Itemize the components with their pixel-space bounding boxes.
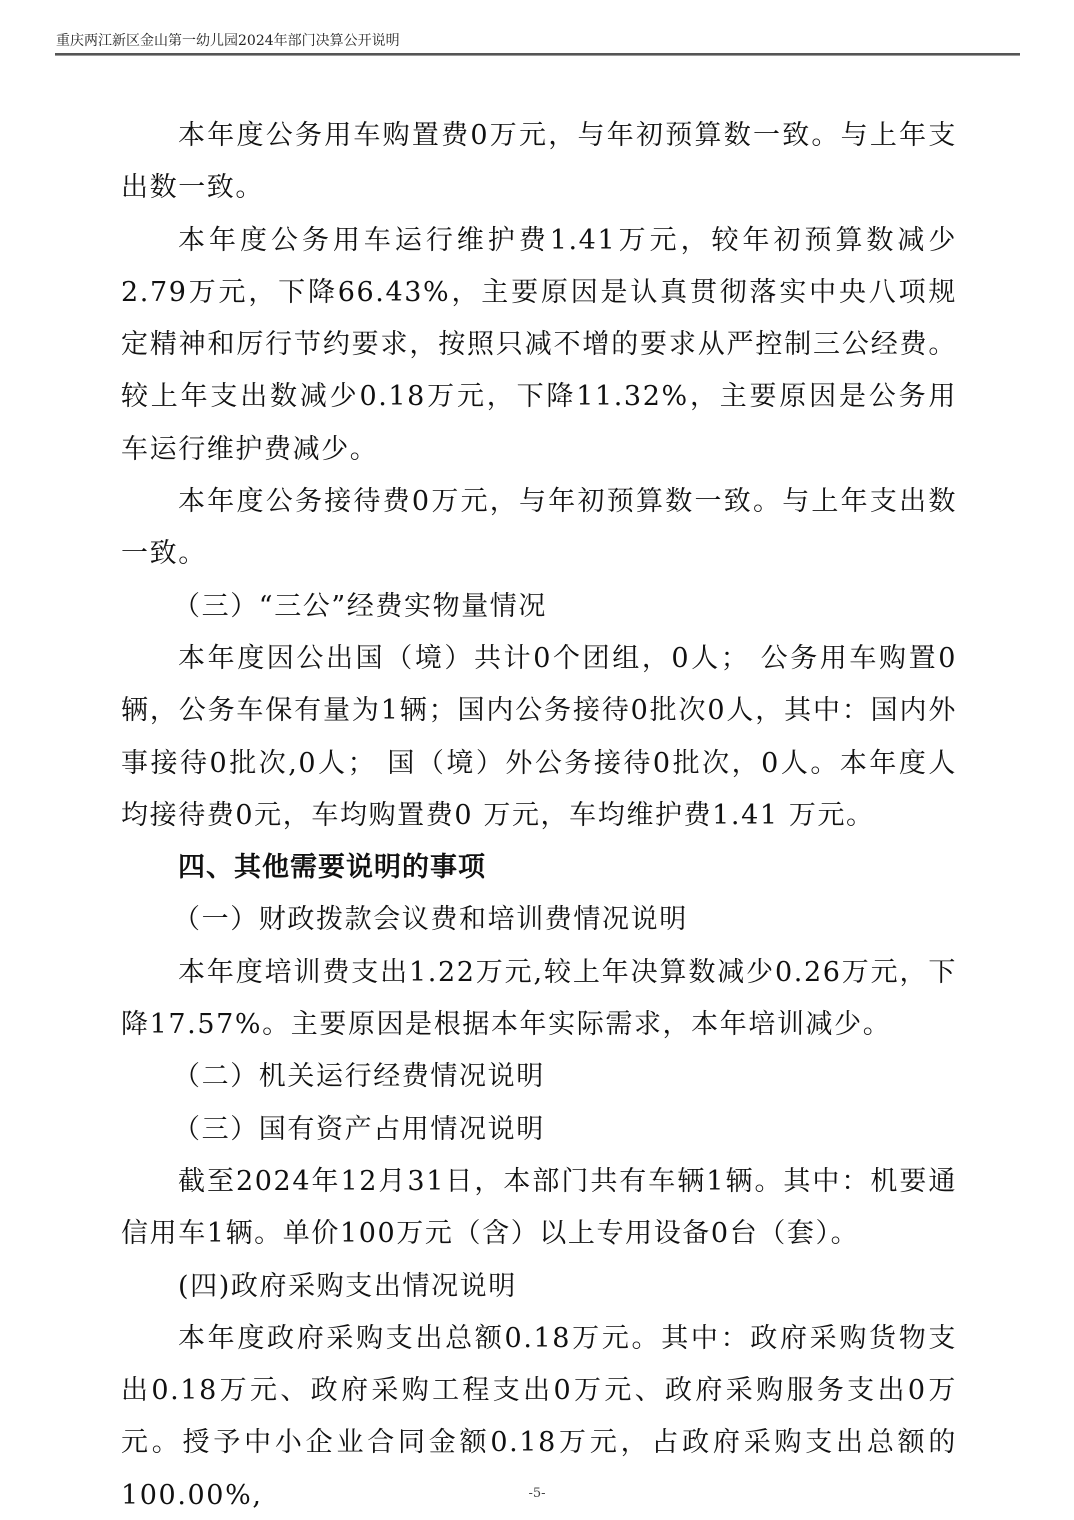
subheading-operating-expenses: （二）机关运行经费情况说明 [121, 1051, 957, 1103]
section-heading-other-matters: 四、其他需要说明的事项 [121, 842, 957, 894]
page-number: -5- [0, 1486, 1074, 1501]
document-header-title: 重庆两江新区金山第一幼儿园2024年部门决算公开说明 [56, 30, 400, 50]
header-divider [55, 53, 1020, 56]
subheading-procurement: (四)政府采购支出情况说明 [121, 1261, 957, 1313]
paragraph-physical-quantity: 本年度因公出国（境）共计0个团组，0人； 公务用车购置0辆，公务车保有量为1辆；… [121, 633, 957, 842]
document-body: 本年度公务用车购置费0万元，与年初预算数一致。与上年支出数一致。 本年度公务用车… [121, 110, 957, 1520]
paragraph-vehicle-maintenance: 本年度公务用车运行维护费1.41万元，较年初预算数减少2.79万元，下降66.4… [121, 215, 957, 476]
paragraph-state-assets: 截至2024年12月31日，本部门共有车辆1辆。其中：机要通信用车1辆。单价10… [121, 1156, 957, 1261]
paragraph-training-fee: 本年度培训费支出1.22万元,较上年决算数减少0.26万元，下降17.57%。主… [121, 947, 957, 1052]
paragraph-vehicle-purchase: 本年度公务用车购置费0万元，与年初预算数一致。与上年支出数一致。 [121, 110, 957, 215]
subheading-physical-quantity: （三）“三公”经费实物量情况 [121, 581, 957, 633]
subheading-meeting-training: （一）财政拨款会议费和培训费情况说明 [121, 894, 957, 946]
subheading-state-assets: （三）国有资产占用情况说明 [121, 1104, 957, 1156]
paragraph-reception-fee: 本年度公务接待费0万元，与年初预算数一致。与上年支出数一致。 [121, 476, 957, 581]
